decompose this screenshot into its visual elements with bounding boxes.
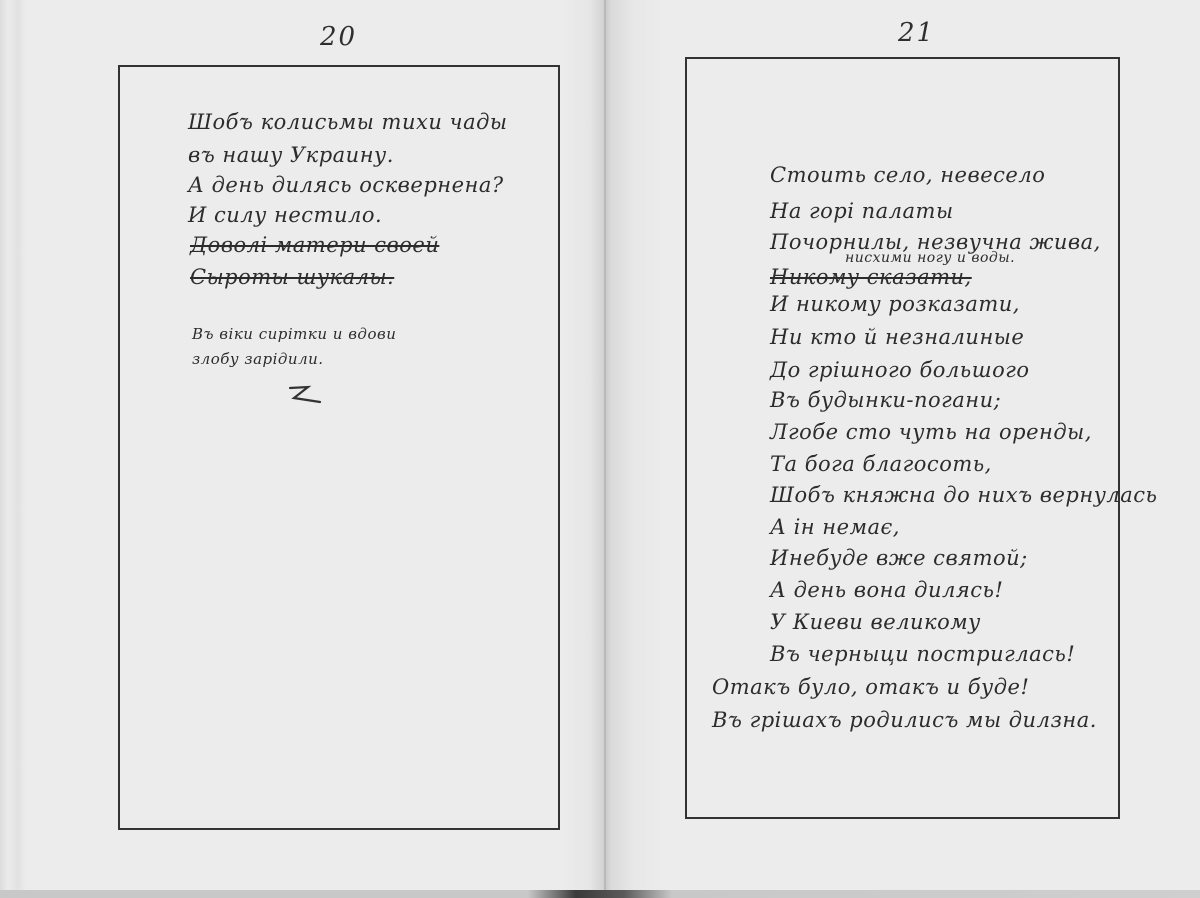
book-gutter — [604, 0, 606, 890]
struck-poem-line: Сыроты шукалы. — [190, 265, 394, 289]
manuscript-spread: 20 Шобъ колисьмы тихи чады въ нашу Украи… — [0, 0, 1200, 898]
note-line: Въ віки сирітки и вдови — [192, 325, 396, 343]
poem-line: Шобъ княжна до нихъ вернулась — [770, 483, 1157, 507]
poem-line: Инебуде вже святой; — [770, 546, 1028, 570]
poem-line: Шобъ колисьмы тихи чады — [188, 110, 508, 134]
poem-line: На горі палаты — [770, 199, 954, 223]
poem-line: въ нашу Украину. — [188, 143, 394, 167]
poem-line: Отакъ було, отакъ и буде! — [712, 675, 1029, 699]
poem-line: И силу нестило. — [188, 203, 382, 227]
page-number-right: 21 — [898, 18, 935, 48]
poem-line: А день вона дилясь! — [770, 578, 1003, 602]
poem-line: Стоить село, невесело — [770, 163, 1045, 187]
book-bottom-edge — [0, 890, 1200, 898]
struck-poem-line: Никому сказати, — [770, 265, 972, 289]
poem-line: У Киеви великому — [770, 610, 981, 634]
note-line: злобу зарідили. — [192, 350, 324, 368]
poem-line: Ни кто й незналиные — [770, 325, 1024, 349]
poem-line: Въ будынки-погани; — [770, 388, 1001, 412]
poem-line: Въ грішахъ родилисъ мы дилзнa. — [712, 708, 1097, 732]
struck-poem-line: Доволі матери своей — [190, 233, 439, 257]
poem-line: А ін немає, — [770, 515, 900, 539]
poem-line: А день дилясь осквернена? — [188, 173, 504, 197]
poem-line: Та бога благосоть, — [770, 452, 992, 476]
poem-line: Въ черныци постриглась! — [770, 642, 1075, 666]
poem-line: До грішного большого — [770, 358, 1030, 382]
page-number-left: 20 — [320, 22, 357, 52]
poem-line: Лгобе сто чуть на оренды, — [770, 420, 1092, 444]
inserted-correction: нисхими ногу и воды. — [845, 250, 1015, 266]
end-flourish-icon — [286, 384, 326, 406]
poem-line: И никому розказати, — [770, 292, 1020, 316]
